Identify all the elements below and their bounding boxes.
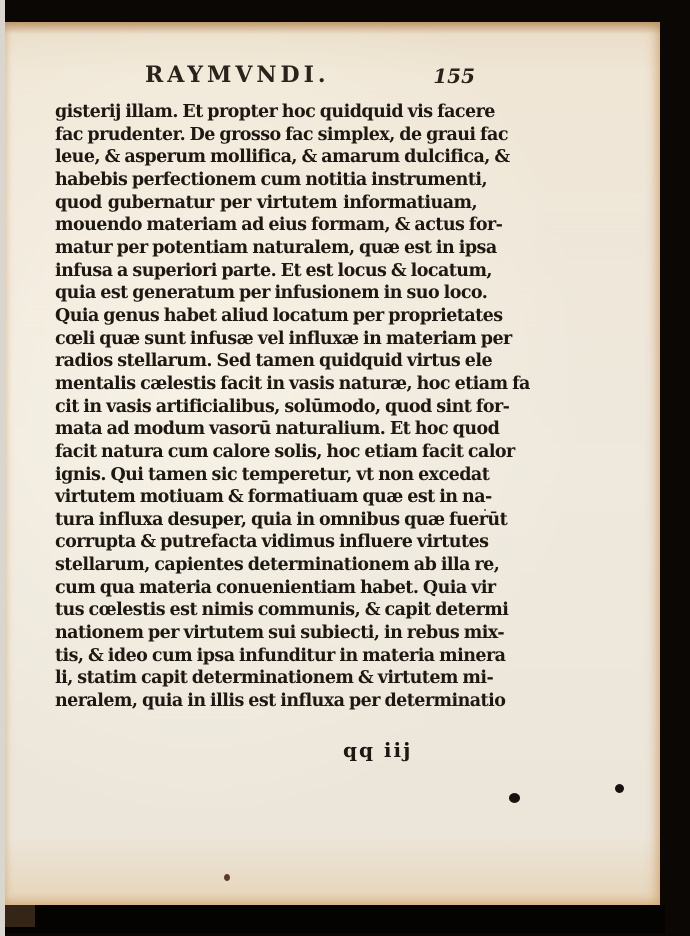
text-line: quod gubernatur per virtutem informatiua… xyxy=(55,192,477,215)
foxing-spot xyxy=(224,874,230,881)
scan-viewport: RAYMVNDI. 155 gisterij illam. Et propter… xyxy=(0,0,690,936)
text-line: virtutem motiuam & formatiuam quæ est in… xyxy=(55,486,477,509)
text-line: mata ad modum vasorū naturalium. Et hoc … xyxy=(55,418,477,441)
text-line: mouendo materiam ad eius formam, & actus… xyxy=(55,214,477,237)
text-line: habebis perfectionem cum notitia instrum… xyxy=(55,169,477,192)
ink-speck xyxy=(484,509,486,511)
text-line: tis, & ideo cum ipsa infunditur in mater… xyxy=(55,645,477,668)
text-line: mentalis cælestis facit in vasis naturæ,… xyxy=(55,373,477,396)
text-line: quia est generatum per infusionem in suo… xyxy=(55,282,477,305)
running-head: RAYMVNDI. 155 xyxy=(145,62,475,92)
text-line: nationem per virtutem sui subiecti, in r… xyxy=(55,622,477,645)
text-line: tus cœlestis est nimis communis, & capit… xyxy=(55,599,477,622)
text-line: cit in vasis artificialibus, solūmodo, q… xyxy=(55,396,477,419)
text-line: ignis. Qui tamen sic temperetur, vt non … xyxy=(55,464,477,487)
ink-spot xyxy=(615,784,624,793)
text-line: matur per potentiam naturalem, quæ est i… xyxy=(55,237,477,260)
page-number: 155 xyxy=(433,64,475,88)
text-line: tura influxa desuper, quia in omnibus qu… xyxy=(55,509,477,532)
text-line: neralem, quia in illis est influxa per d… xyxy=(55,690,477,713)
text-line: cœli quæ sunt infusæ vel influxæ in mate… xyxy=(55,328,477,351)
text-line: infusa a superiori parte. Et est locus &… xyxy=(55,260,477,283)
text-line: Quia genus habet aliud locatum per propr… xyxy=(55,305,477,328)
text-line: corrupta & putrefacta vidimus influere v… xyxy=(55,531,477,554)
text-line: leue, & asperum mollifica, & amarum dulc… xyxy=(55,146,477,169)
ink-spot xyxy=(509,793,520,803)
text-line: cum qua materia conuenientiam habet. Qui… xyxy=(55,577,477,600)
text-line: gisterij illam. Et propter hoc quidquid … xyxy=(55,101,477,124)
text-line: li, statim capit determinationem & virtu… xyxy=(55,667,477,690)
text-line: fac prudenter. De grosso fac simplex, de… xyxy=(55,124,477,147)
text-line: stellarum, capientes determinationem ab … xyxy=(55,554,477,577)
text-line: facit natura cum calore solis, hoc etiam… xyxy=(55,441,477,464)
text-line: radios stellarum. Sed tamen quidquid vir… xyxy=(55,350,477,373)
bottom-dark-band xyxy=(5,905,665,933)
body-text: gisterij illam. Et propter hoc quidquid … xyxy=(55,101,477,713)
running-title: RAYMVNDI. xyxy=(145,62,330,88)
signature-mark: qq iij xyxy=(343,738,412,762)
